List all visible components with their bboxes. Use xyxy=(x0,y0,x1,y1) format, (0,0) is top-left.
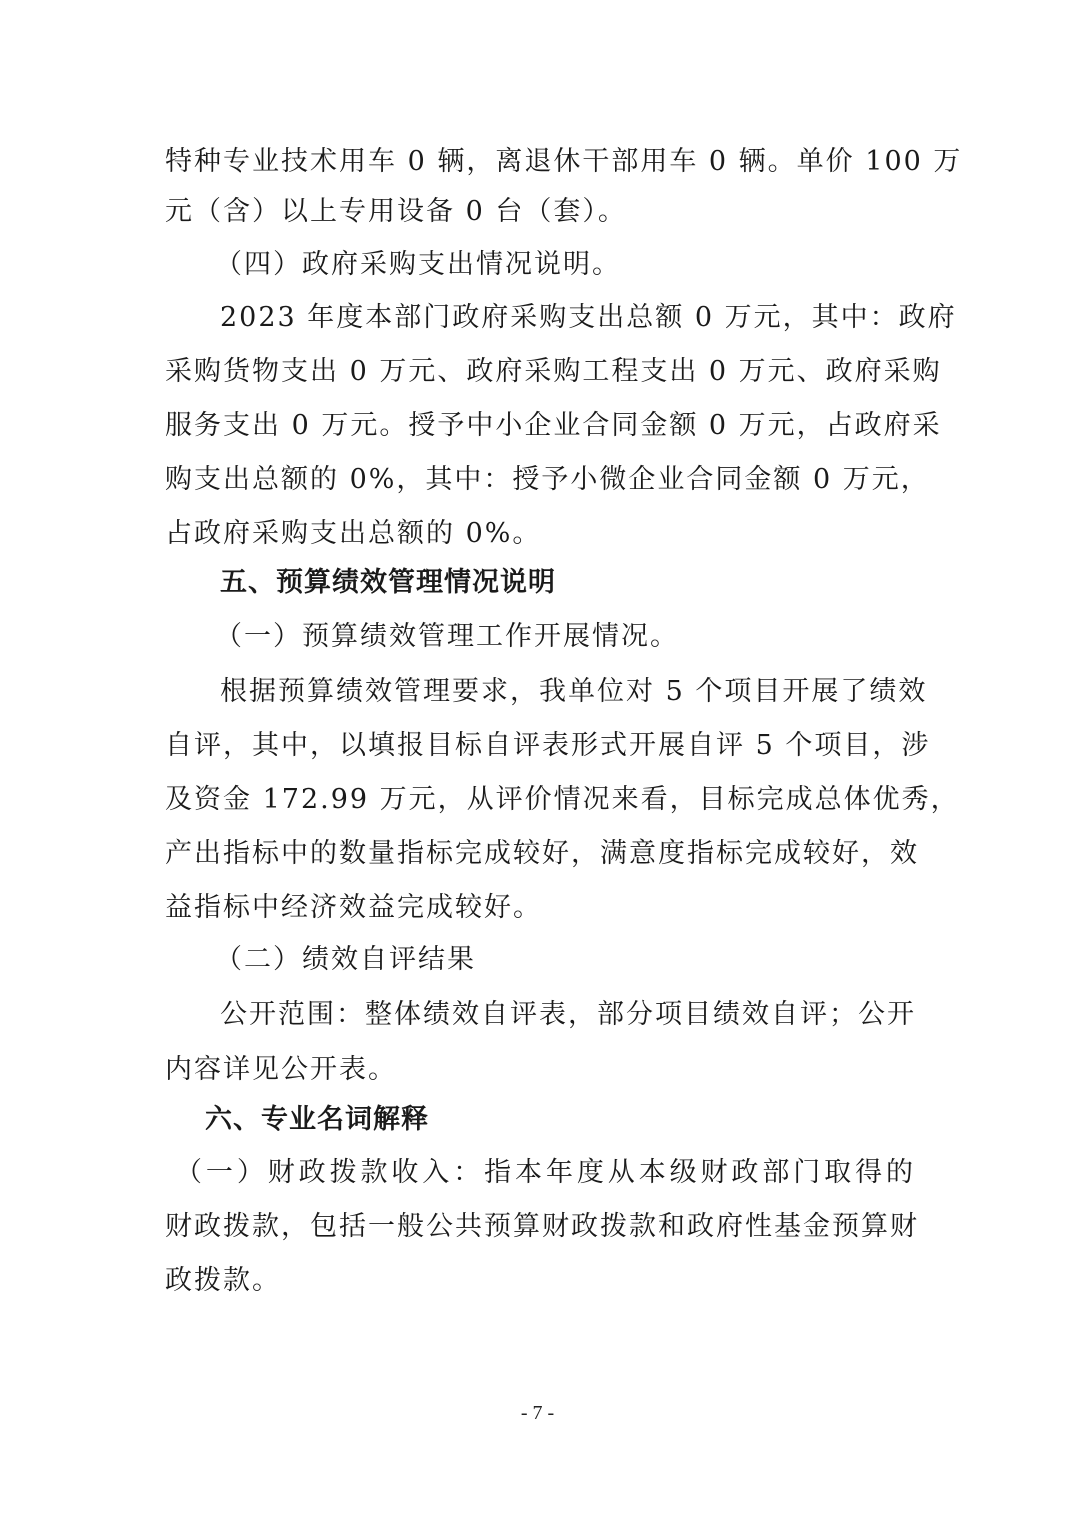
paragraph-line: 购支出总额的 0%，其中：授予小微企业合同金额 0 万元， xyxy=(165,460,915,500)
paragraph-line: 自评，其中，以填报目标自评表形式开展自评 5 个项目，涉 xyxy=(165,726,915,766)
document-page: 特种专业技术用车 0 辆，离退休干部用车 0 辆。单价 100 万 元（含）以上… xyxy=(0,0,1075,1520)
paragraph-line: 政拨款。 xyxy=(165,1261,915,1301)
paragraph-line: 产出指标中的数量指标完成较好，满意度指标完成较好，效 xyxy=(165,834,915,874)
paragraph-line: （一）财政拨款收入：指本年度从本级财政部门取得的 xyxy=(175,1153,915,1193)
paragraph-line: 益指标中经济效益完成较好。 xyxy=(165,888,915,928)
paragraph-line: 元（含）以上专用设备 0 台（套）。 xyxy=(165,192,915,232)
paragraph-line: 根据预算绩效管理要求，我单位对 5 个项目开展了绩效 xyxy=(220,672,915,712)
subsection-title-performance-work: （一）预算绩效管理工作开展情况。 xyxy=(215,617,965,657)
paragraph-line: 公开范围：整体绩效自评表，部分项目绩效自评；公开 xyxy=(220,995,915,1035)
paragraph-line: 特种专业技术用车 0 辆，离退休干部用车 0 辆。单价 100 万 xyxy=(165,142,915,182)
paragraph-line: 2023 年度本部门政府采购支出总额 0 万元，其中：政府 xyxy=(220,298,915,338)
section-heading-performance: 五、预算绩效管理情况说明 xyxy=(220,563,970,603)
subsection-title-self-evaluation: （二）绩效自评结果 xyxy=(215,940,965,980)
paragraph-line: 服务支出 0 万元。授予中小企业合同金额 0 万元，占政府采 xyxy=(165,406,915,446)
paragraph-line: 采购货物支出 0 万元、政府采购工程支出 0 万元、政府采购 xyxy=(165,352,915,392)
paragraph-line: 占政府采购支出总额的 0%。 xyxy=(165,514,915,554)
page-number: - 7 - xyxy=(0,1402,1075,1425)
paragraph-line: 内容详见公开表。 xyxy=(165,1050,915,1090)
paragraph-line: 及资金 172.99 万元，从评价情况来看，目标完成总体优秀， xyxy=(165,780,915,820)
subsection-title-procurement: （四）政府采购支出情况说明。 xyxy=(215,245,965,285)
section-heading-terms: 六、专业名词解释 xyxy=(205,1100,955,1140)
paragraph-line: 财政拨款，包括一般公共预算财政拨款和政府性基金预算财 xyxy=(165,1207,915,1247)
